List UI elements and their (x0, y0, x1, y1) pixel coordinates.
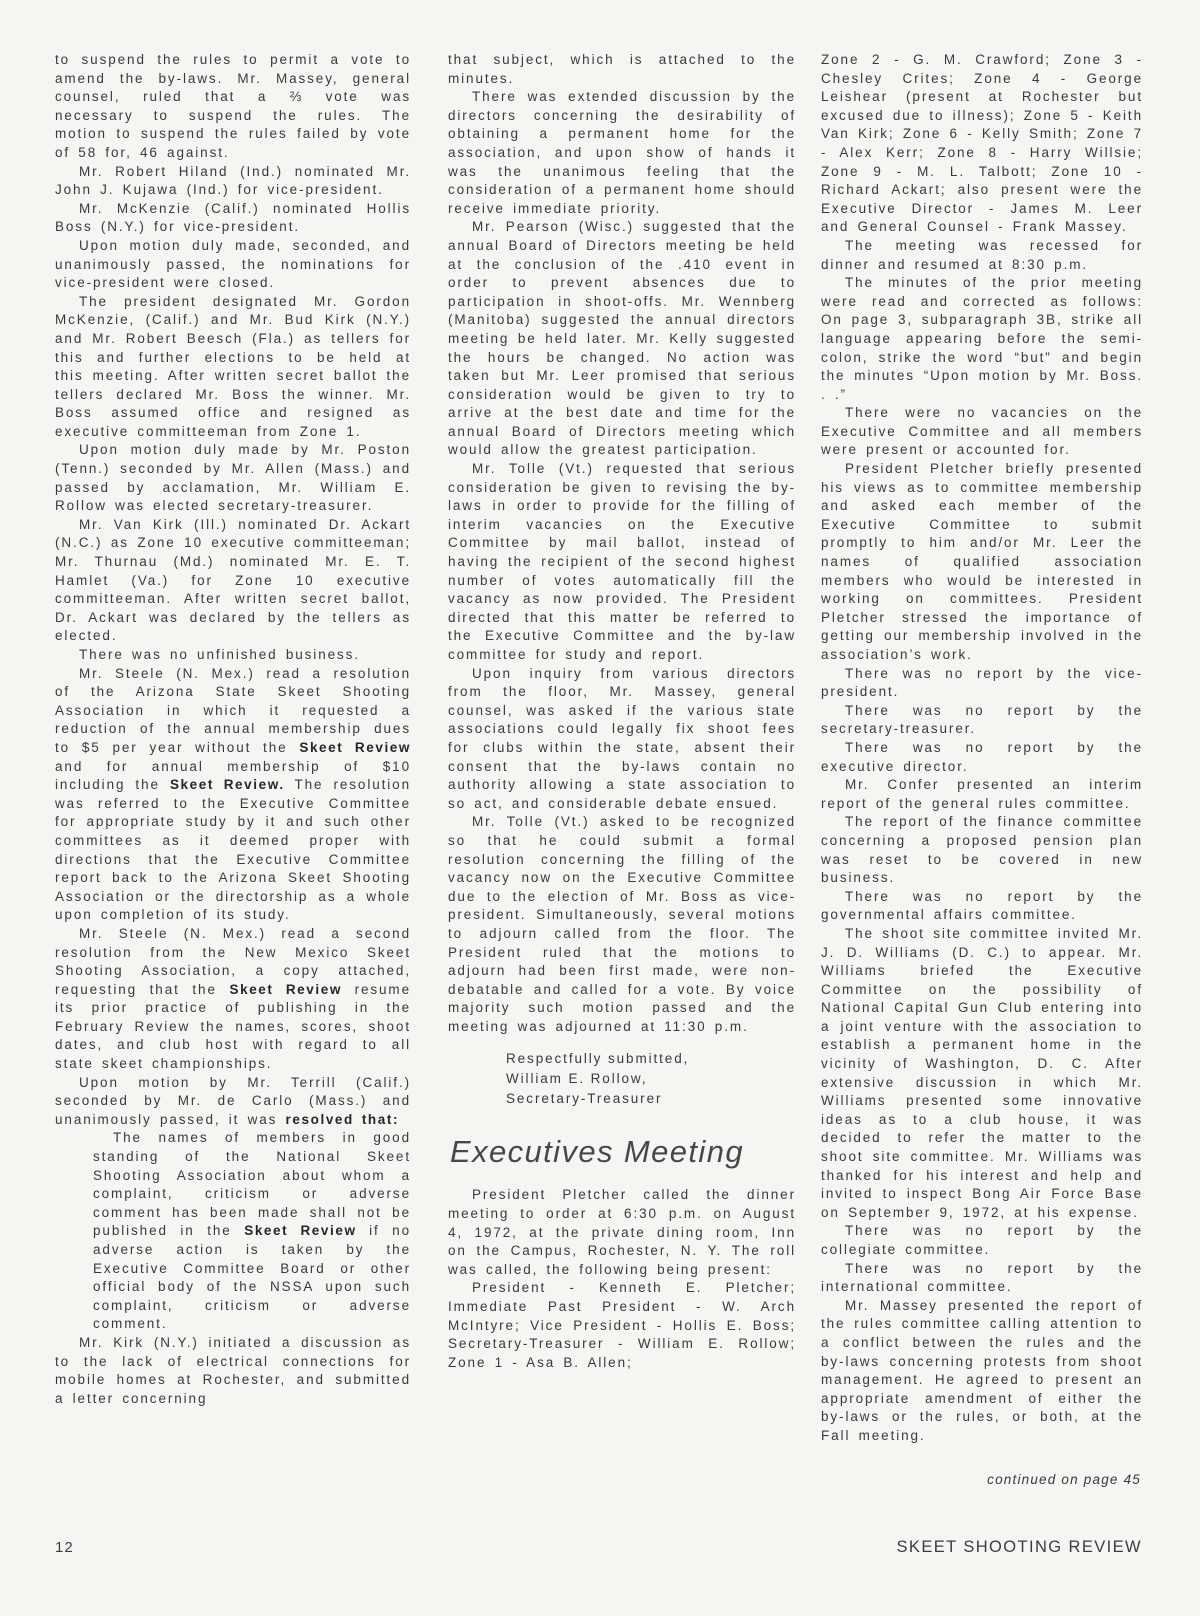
paragraph: Mr. Pearson (Wisc.) suggested that the a… (448, 218, 796, 460)
block-quote: The names of members in good standing of… (93, 1129, 411, 1334)
paragraph: There was no report by the international… (821, 1260, 1143, 1297)
paragraph: that subject, which is attached to the m… (448, 51, 796, 88)
paragraph: President Pletcher briefly presented his… (821, 460, 1143, 665)
paragraph: Upon motion duly made by Mr. Poston (Ten… (55, 441, 411, 515)
paragraph: The report of the finance committee conc… (821, 813, 1143, 887)
continued-note: continued on page 45 (821, 1472, 1143, 1487)
magazine-page: to suspend the rules to permit a vote to… (0, 0, 1200, 1616)
paragraph: Zone 2 - G. M. Crawford; Zone 3 - Chesle… (821, 51, 1143, 237)
page-number: 12 (55, 1539, 74, 1556)
paragraph: to suspend the rules to permit a vote to… (55, 51, 411, 163)
signature-line: William E. Rollow, (506, 1069, 796, 1089)
paragraph: The shoot site committee invited Mr. J. … (821, 925, 1143, 1223)
section-heading: Executives Meeting (450, 1134, 796, 1170)
paragraph: There was no report by the governmental … (821, 888, 1143, 925)
signature-line: Secretary-Treasurer (506, 1089, 796, 1109)
paragraph: There were no vacancies on the Executive… (821, 404, 1143, 460)
paragraph: The meeting was recessed for dinner and … (821, 237, 1143, 274)
paragraph: There was extended discussion by the dir… (448, 88, 796, 218)
paragraph: Upon motion duly made, seconded, and una… (55, 237, 411, 293)
paragraph: Mr. Steele (N. Mex.) read a second resol… (55, 925, 411, 1074)
magazine-title: SKEET SHOOTING REVIEW (897, 1538, 1142, 1557)
text-column-3: Zone 2 - G. M. Crawford; Zone 3 - Chesle… (821, 51, 1143, 1487)
text-column-1: to suspend the rules to permit a vote to… (55, 51, 411, 1408)
text-column-2: that subject, which is attached to the m… (448, 51, 796, 1372)
paragraph: Mr. Robert Hiland (Ind.) nominated Mr. J… (55, 163, 411, 200)
paragraph: Mr. Van Kirk (Ill.) nominated Dr. Ackart… (55, 516, 411, 646)
paragraph: Mr. Massey presented the report of the r… (821, 1297, 1143, 1446)
paragraph: There was no unfinished business. (55, 646, 411, 665)
paragraph: Mr. Kirk (N.Y.) initiated a discussion a… (55, 1334, 411, 1408)
paragraph: Upon inquiry from various directors from… (448, 665, 796, 814)
paragraph: There was no report by the vice-presiden… (821, 665, 1143, 702)
paragraph: The minutes of the prior meeting were re… (821, 274, 1143, 404)
paragraph: Upon motion by Mr. Terrill (Calif.) seco… (55, 1074, 411, 1130)
paragraph: Mr. Steele (N. Mex.) read a resolution o… (55, 665, 411, 925)
paragraph: President Pletcher called the dinner mee… (448, 1186, 796, 1279)
paragraph: There was no report by the executive dir… (821, 739, 1143, 776)
paragraph: There was no report by the secretary-tre… (821, 702, 1143, 739)
paragraph: Mr. Tolle (Vt.) requested that serious c… (448, 460, 796, 665)
signature-line: Respectfully submitted, (506, 1049, 796, 1069)
paragraph: There was no report by the collegiate co… (821, 1222, 1143, 1259)
paragraph: Mr. Tolle (Vt.) asked to be recognized s… (448, 813, 796, 1036)
paragraph: Mr. Confer presented an interim report o… (821, 776, 1143, 813)
page-footer: 12 SKEET SHOOTING REVIEW (55, 1538, 1142, 1557)
signature-block: Respectfully submitted,William E. Rollow… (506, 1049, 796, 1109)
paragraph: Mr. McKenzie (Calif.) nominated Hollis B… (55, 200, 411, 237)
paragraph: The president designated Mr. Gordon McKe… (55, 293, 411, 442)
paragraph: President - Kenneth E. Pletcher; Immedia… (448, 1279, 796, 1372)
